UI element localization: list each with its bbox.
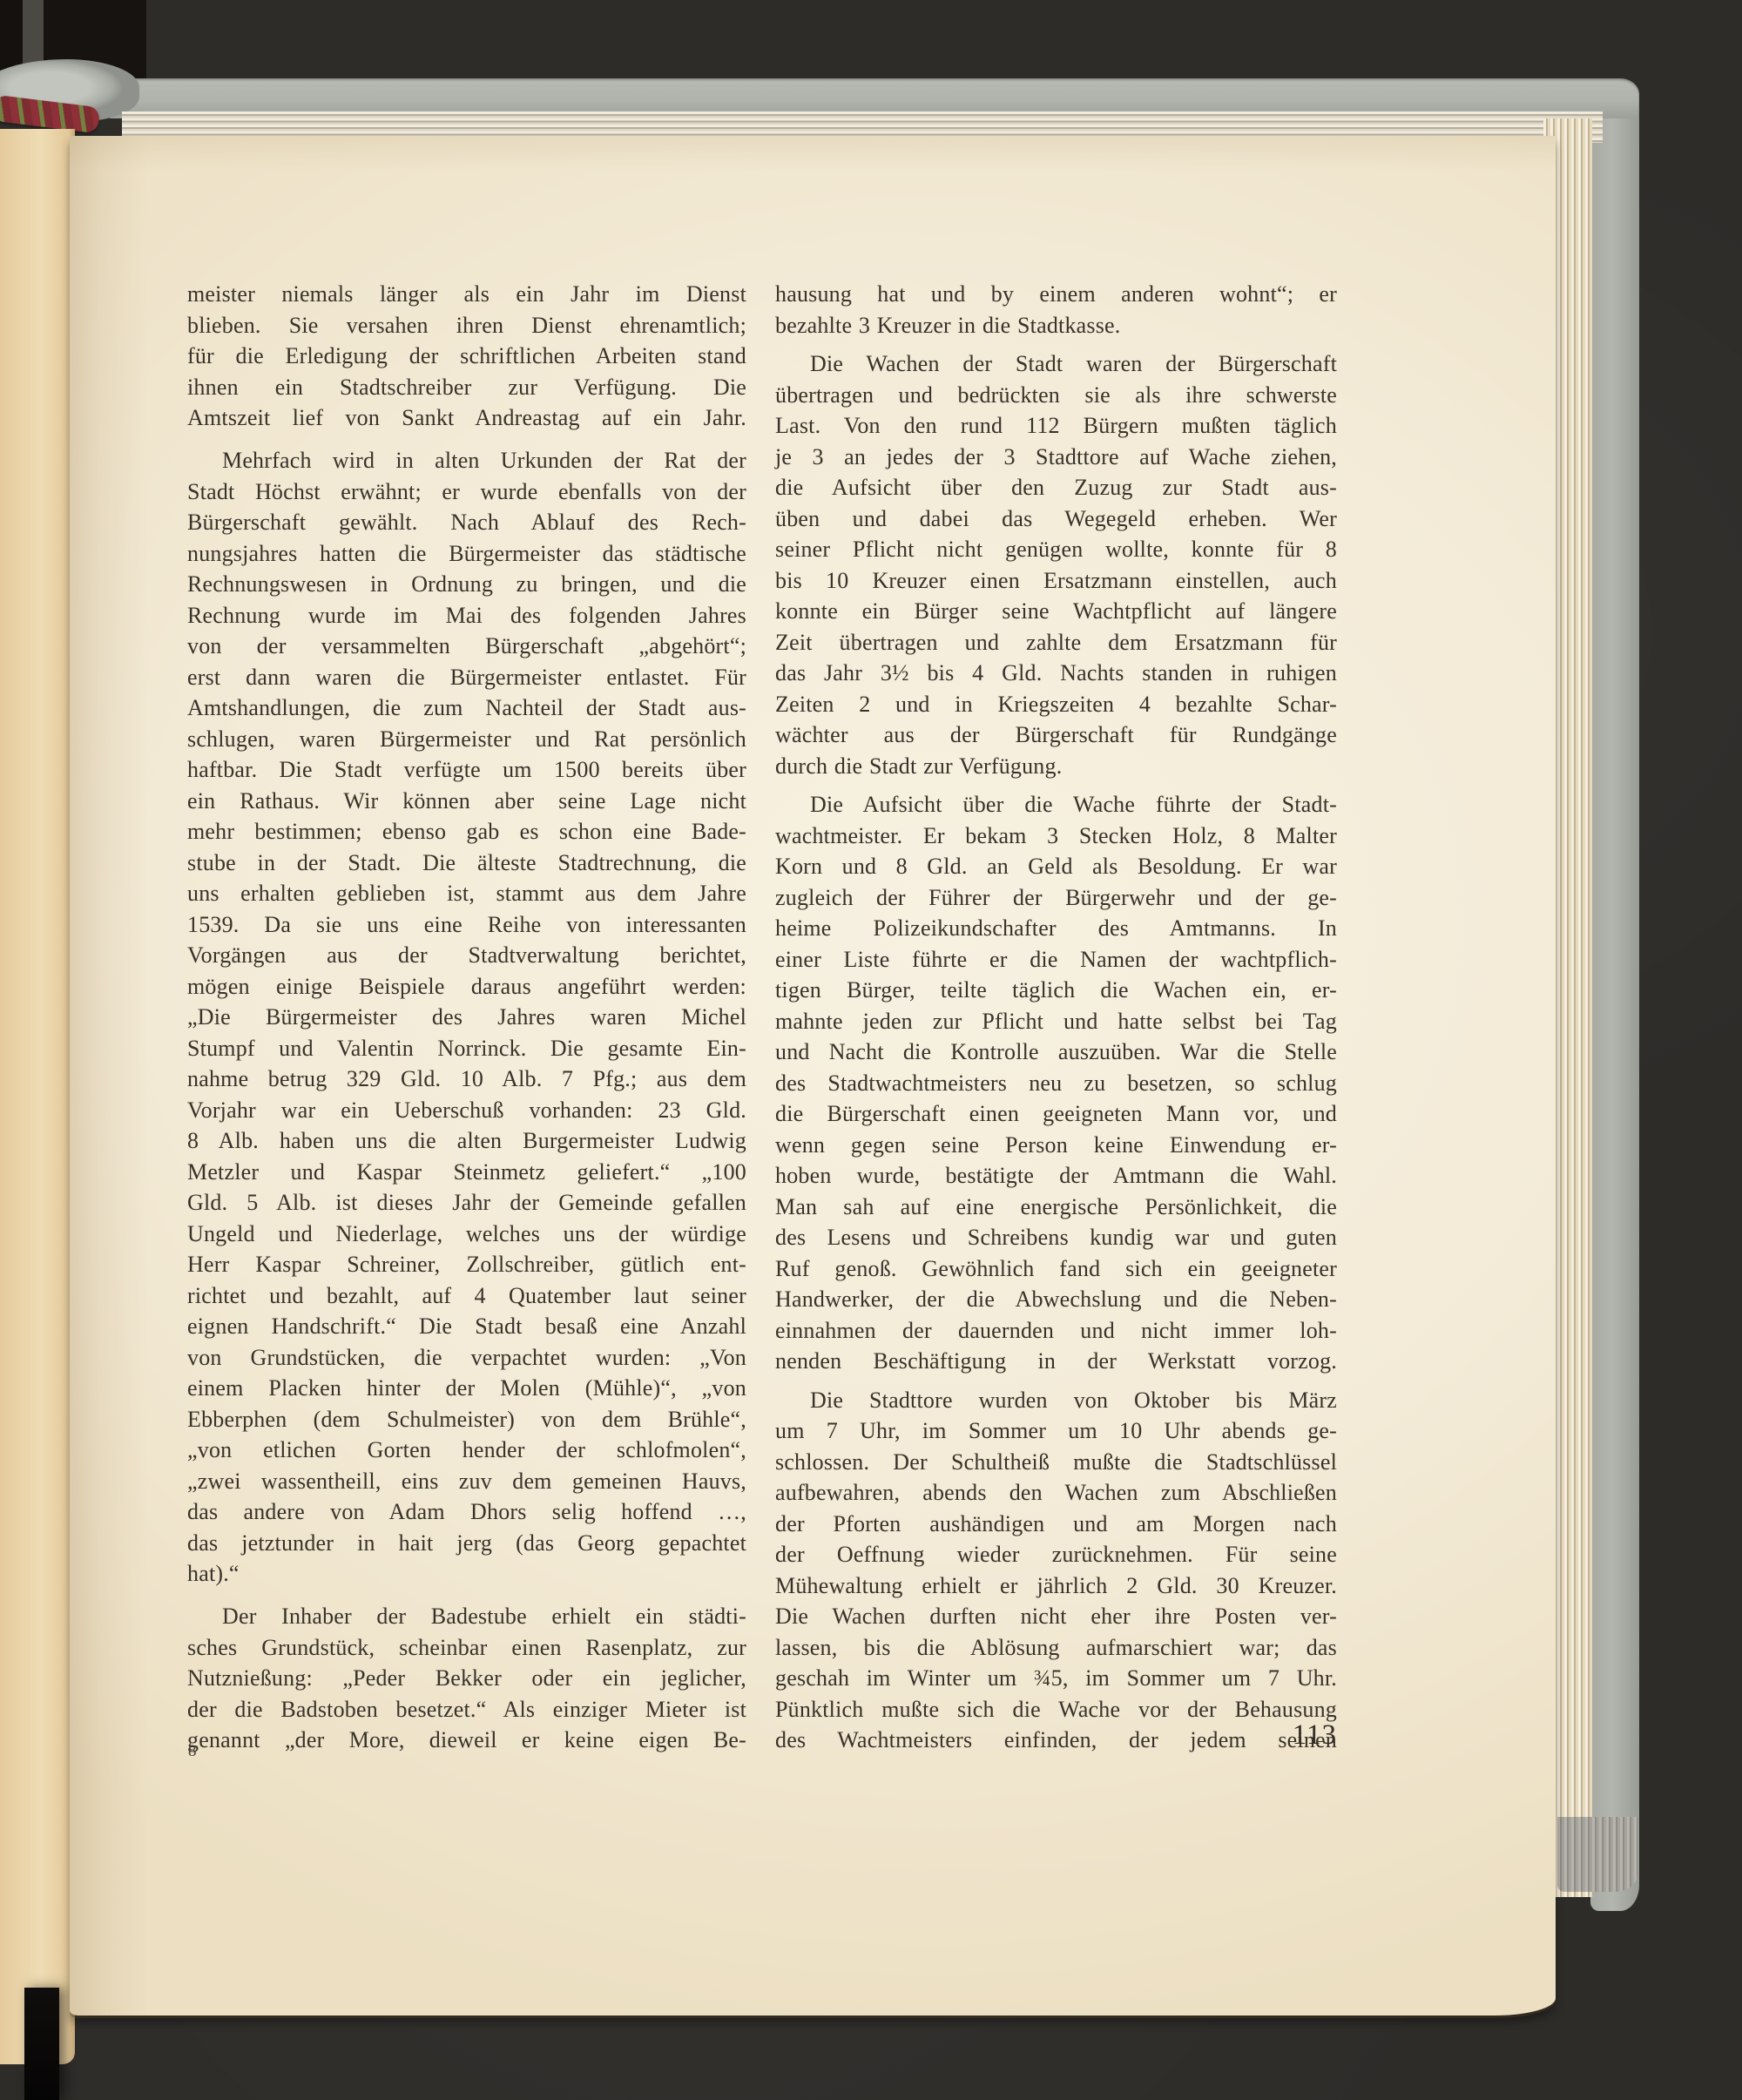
book-scan-photo: meister niemals länger als ein Jahr im D…: [0, 0, 1742, 2100]
text-line: üben und dabei das Wegegeld erheben. Wer: [775, 503, 1337, 535]
text-line: Zeit übertragen und zahlte dem Ersatzman…: [775, 627, 1337, 658]
text-line: aufbewahren, abends den Wachen zum Absch…: [775, 1477, 1337, 1509]
text-line: Amtszeit lief von Sankt Andreastag auf e…: [187, 402, 746, 434]
text-line: die Bürgerschaft einen geeigneten Mann v…: [775, 1098, 1337, 1130]
text-line: einem Placken hinter der Molen (Mühle)“,…: [187, 1373, 746, 1404]
text-line: für die Erledigung der schriftlichen Arb…: [187, 341, 746, 372]
text-line: Last. Von den rund 112 Bürgern mußten tä…: [775, 410, 1337, 442]
text-line: übertragen und bedrückten sie als ihre s…: [775, 380, 1337, 411]
text-line: Die Aufsicht über die Wache führte der S…: [775, 789, 1337, 820]
book-cover-right-edge: [1590, 84, 1639, 1911]
text-line: richtet und bezahlt, auf 4 Quatember lau…: [187, 1280, 746, 1312]
text-line: das Jahr 3½ bis 4 Gld. Nachts standen in…: [775, 658, 1337, 689]
text-line: mögen einige Beispiele daraus angeführt …: [187, 971, 746, 1003]
text-line: „Die Bürgermeister des Jahres waren Mich…: [187, 1002, 746, 1033]
text-line: der die Badstoben besetzet.“ Als einzige…: [187, 1694, 746, 1725]
text-line: das andere von Adam Dhors selig hoffend …: [187, 1496, 746, 1528]
text-line: um 7 Uhr, im Sommer um 10 Uhr abends ge-: [775, 1415, 1337, 1447]
facing-page-edge: [0, 129, 75, 2064]
text-line: hat).“: [187, 1558, 746, 1590]
text-line: von der versammelten Bürgerschaft „abgeh…: [187, 631, 746, 662]
paragraph: Die Wachen der Stadt waren der Bürgersch…: [775, 348, 1337, 781]
text-column-left: meister niemals länger als ein Jahr im D…: [187, 279, 746, 1756]
text-line: wachtmeister. Er bekam 3 Stecken Holz, 8…: [775, 820, 1337, 852]
text-line: Ungeld und Niederlage, welches uns der w…: [187, 1219, 746, 1250]
text-line: blieben. Sie versahen ihren Dienst ehren…: [187, 310, 746, 341]
text-line: je 3 an jedes der 3 Stadttore auf Wache …: [775, 442, 1337, 473]
text-line: seiner Pflicht nicht genügen wollte, kon…: [775, 534, 1337, 565]
text-line: der Oeffnung wieder zurücknehmen. Für se…: [775, 1539, 1337, 1570]
text-line: Die Wachen durften nicht eher ihre Poste…: [775, 1601, 1337, 1632]
text-line: Vorjahr war ein Ueberschuß vorhanden: 23…: [187, 1095, 746, 1126]
text-line: Rechnung wurde im Mai des folgenden Jahr…: [187, 600, 746, 631]
signature-mark: 8: [188, 1742, 197, 1761]
text-line: Korn und 8 Gld. an Geld als Besoldung. E…: [775, 851, 1337, 882]
text-line: hausung hat und by einem anderen wohnt“;…: [775, 279, 1337, 310]
text-line: genannt „der More, dieweil er keine eige…: [187, 1725, 746, 1756]
text-line: Amtshandlungen, die zum Nachteil der Sta…: [187, 692, 746, 724]
text-line: der Pforten aushändigen und am Morgen na…: [775, 1509, 1337, 1540]
paragraph: Der Inhaber der Badestube erhielt ein st…: [187, 1601, 746, 1756]
text-line: tigen Bürger, teilte täglich die Wachen …: [775, 975, 1337, 1006]
text-line: meister niemals länger als ein Jahr im D…: [187, 279, 746, 310]
page-number: 113: [1132, 1719, 1337, 1752]
text-line: Stadt Höchst erwähnt; er wurde ebenfalls…: [187, 476, 746, 508]
text-line: Der Inhaber der Badestube erhielt ein st…: [187, 1601, 746, 1632]
text-line: die Aufsicht über den Zuzug zur Stadt au…: [775, 472, 1337, 503]
text-line: wächter aus der Bürgerschaft für Rundgän…: [775, 719, 1337, 751]
text-line: uns erhalten geblieben ist, stammt aus d…: [187, 878, 746, 909]
text-line: von Grundstücken, die verpachtet wurden:…: [187, 1342, 746, 1374]
text-line: eignen Handschrift.“ Die Stadt besaß ein…: [187, 1311, 746, 1342]
text-line: Stumpf und Valentin Norrinck. Die gesamt…: [187, 1033, 746, 1064]
text-line: Zeiten 2 und in Kriegszeiten 4 bezahlte …: [775, 689, 1337, 720]
page-block-corner: [1557, 1817, 1637, 1892]
text-line: durch die Stadt zur Verfügung.: [775, 751, 1337, 782]
text-line: Ebberphen (dem Schulmeister) von dem Brü…: [187, 1404, 746, 1435]
paragraph: hausung hat und by einem anderen wohnt“;…: [775, 279, 1337, 341]
text-line: einer Liste führte er die Namen der wach…: [775, 944, 1337, 976]
text-line: schlossen. Der Schultheiß mußte die Stad…: [775, 1447, 1337, 1478]
text-line: „von etlichen Gorten hender der schlofmo…: [187, 1435, 746, 1466]
text-line: haftbar. Die Stadt verfügte um 1500 bere…: [187, 754, 746, 786]
text-line: zugleich der Führer der Bürgerwehr und d…: [775, 882, 1337, 914]
text-line: Nutznießung: „Peder Bekker oder ein jegl…: [187, 1663, 746, 1694]
text-line: nungsjahres hatten die Bürgermeister das…: [187, 538, 746, 570]
text-line: des Stadtwachtmeisters neu zu besetzen, …: [775, 1068, 1337, 1099]
paragraph: meister niemals länger als ein Jahr im D…: [187, 279, 746, 434]
paragraph: Die Aufsicht über die Wache führte der S…: [775, 789, 1337, 1377]
text-line: lassen, bis die Ablösung aufmarschiert w…: [775, 1632, 1337, 1664]
text-line: 1539. Da sie uns eine Reihe von interess…: [187, 909, 746, 941]
text-line: schlugen, waren Bürgermeister und Rat pe…: [187, 724, 746, 755]
text-line: hoben wurde, bestätigte der Amtmann die …: [775, 1160, 1337, 1192]
text-line: einnahmen der dauernden und nicht immer …: [775, 1315, 1337, 1347]
text-line: Mühewaltung erhielt er jährlich 2 Gld. 3…: [775, 1570, 1337, 1602]
text-line: 8 Alb. haben uns die alten Burgermeister…: [187, 1125, 746, 1157]
paragraph: Die Stadttore wurden von Oktober bis Mär…: [775, 1385, 1337, 1756]
text-line: heime Polizeikundschafter des Amtmanns. …: [775, 913, 1337, 944]
text-line: Metzler und Kaspar Steinmetz geliefert.“…: [187, 1157, 746, 1188]
bottom-left-shadow: [24, 1988, 59, 2100]
text-line: stube in der Stadt. Die älteste Stadtrec…: [187, 847, 746, 879]
text-line: Man sah auf eine energische Persönlichke…: [775, 1192, 1337, 1223]
paragraph: Mehrfach wird in alten Urkunden der Rat …: [187, 445, 746, 1590]
text-line: Mehrfach wird in alten Urkunden der Rat …: [187, 445, 746, 476]
text-line: konnte ein Bürger seine Wachtpflicht auf…: [775, 596, 1337, 627]
text-line: „zwei wassentheill, eins zuv dem gemeine…: [187, 1466, 746, 1497]
text-line: nenden Beschäftigung in der Werkstatt vo…: [775, 1346, 1337, 1377]
text-line: Bürgerschaft gewählt. Nach Ablauf des Re…: [187, 507, 746, 538]
text-line: Vorgängen aus der Stadtverwaltung berich…: [187, 940, 746, 971]
text-line: bis 10 Kreuzer einen Ersatzmann einstell…: [775, 565, 1337, 597]
text-line: und Nacht die Kontrolle auszuüben. War d…: [775, 1036, 1337, 1068]
text-line: Herr Kaspar Schreiner, Zollschreiber, gü…: [187, 1249, 746, 1280]
text-line: Handwerker, der die Abwechslung und die …: [775, 1284, 1337, 1315]
text-line: bezahlte 3 Kreuzer in die Stadtkasse.: [775, 310, 1337, 341]
text-line: mehr bestimmen; ebenso gab es schon eine…: [187, 816, 746, 847]
text-line: geschah im Winter um ¾5, im Sommer um 7 …: [775, 1663, 1337, 1694]
text-line: Ruf genoß. Gewöhnlich fand sich ein geei…: [775, 1253, 1337, 1285]
text-column-right: hausung hat und by einem anderen wohnt“;…: [775, 279, 1337, 1756]
text-line: das jetztunder in hait jerg (das Georg g…: [187, 1528, 746, 1559]
text-line: des Lesens und Schreibens kundig war und…: [775, 1222, 1337, 1253]
text-line: Rechnungswesen in Ordnung zu bringen, un…: [187, 569, 746, 600]
text-line: wenn gegen seine Person keine Einwendung…: [775, 1130, 1337, 1161]
text-line: erst dann waren die Bürgermeister entlas…: [187, 662, 746, 693]
text-line: ihnen ein Stadtschreiber zur Verfügung. …: [187, 372, 746, 403]
text-line: Gld. 5 Alb. ist dieses Jahr der Gemeinde…: [187, 1187, 746, 1219]
text-line: ein Rathaus. Wir können aber seine Lage …: [187, 786, 746, 817]
text-line: nahme betrug 329 Gld. 10 Alb. 7 Pfg.; au…: [187, 1064, 746, 1095]
text-line: mahnte jeden zur Pflicht und hatte selbs…: [775, 1006, 1337, 1037]
text-line: Die Wachen der Stadt waren der Bürgersch…: [775, 348, 1337, 380]
text-line: sches Grundstück, scheinbar einen Rasenp…: [187, 1632, 746, 1664]
text-line: Die Stadttore wurden von Oktober bis Mär…: [775, 1385, 1337, 1416]
